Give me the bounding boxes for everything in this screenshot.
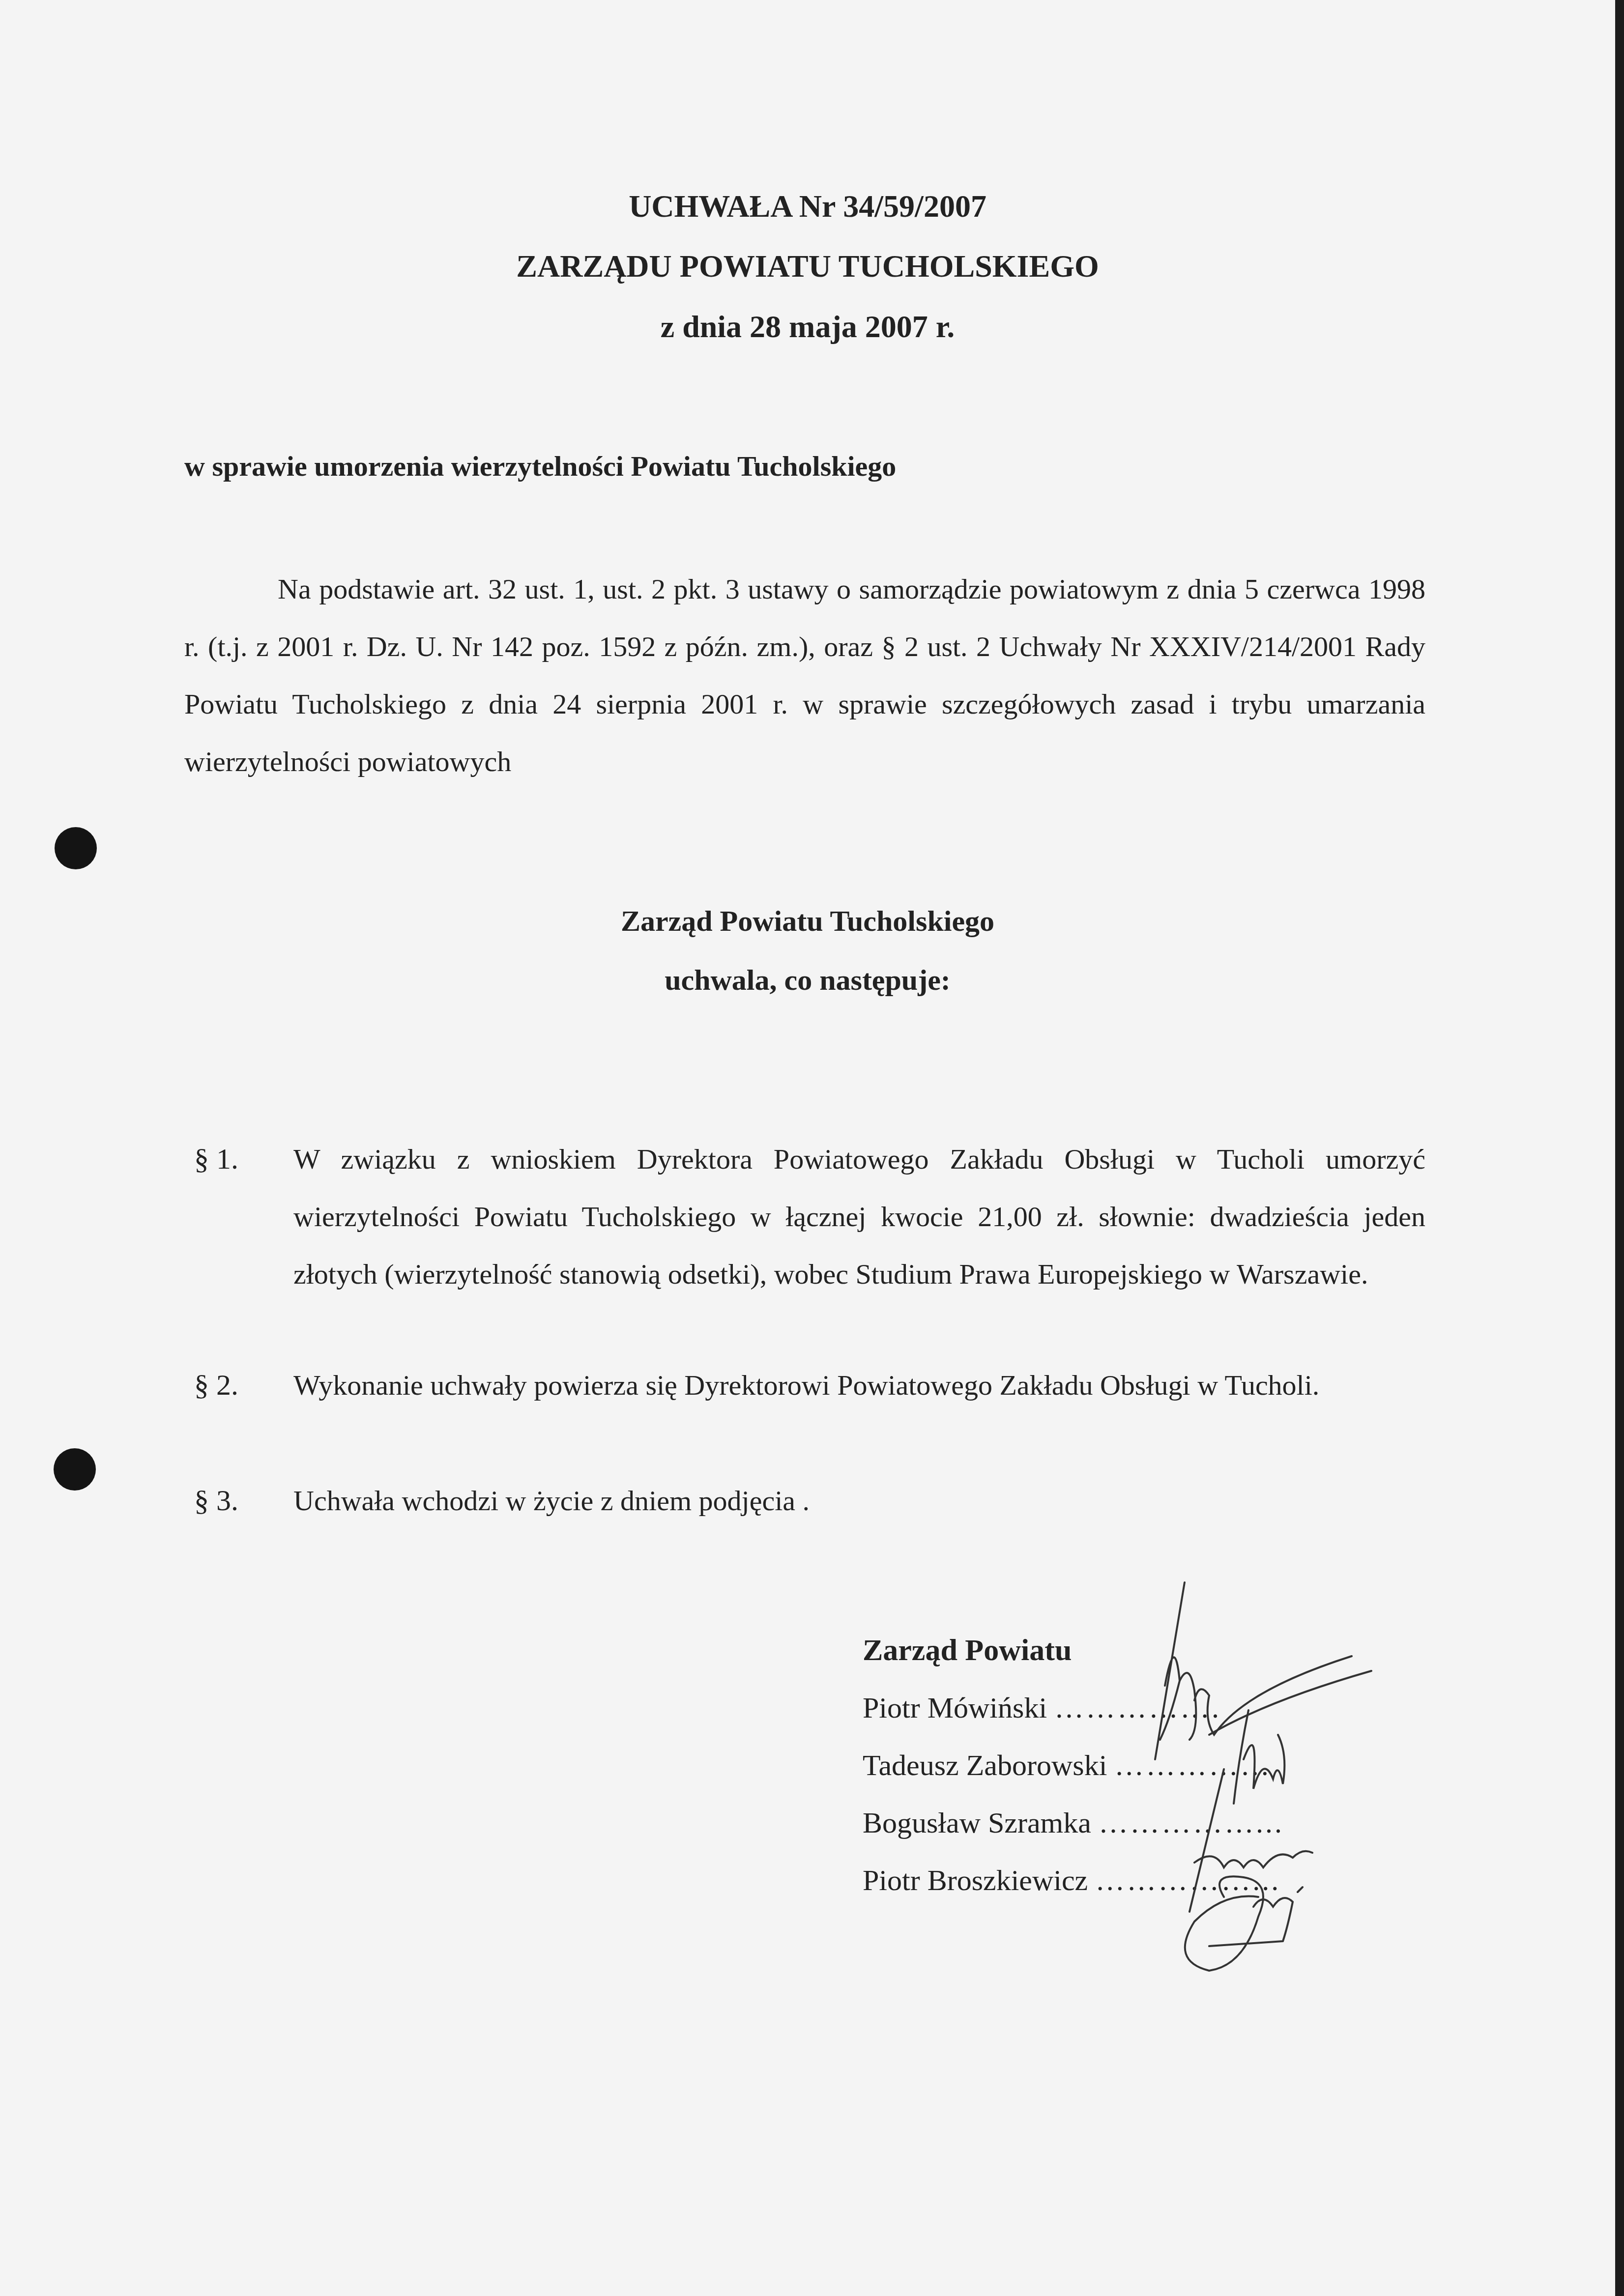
scan-edge xyxy=(1615,0,1624,2296)
signature-line: …………… xyxy=(1114,1749,1272,1781)
resolving-body: Zarząd Powiatu Tucholskiego xyxy=(0,904,1615,938)
paragraph-2: § 2. Wykonanie uchwały powierza się Dyre… xyxy=(184,1356,1425,1414)
signature-line: ……………... xyxy=(1095,1864,1280,1896)
paragraph-text: W związku z wnioskiem Dyrektora Powiatow… xyxy=(293,1130,1425,1303)
paragraph-number: § 3. xyxy=(194,1472,238,1529)
signatory-row: Piotr Mówiński ……………. xyxy=(863,1679,1284,1737)
paragraph-number: § 2. xyxy=(194,1356,238,1414)
resolution-number: UCHWAŁA Nr 34/59/2007 xyxy=(0,188,1615,225)
paragraph-text: Wykonanie uchwały powierza się Dyrektoro… xyxy=(293,1356,1425,1414)
paragraph-3: § 3. Uchwała wchodzi w życie z dniem pod… xyxy=(184,1472,1425,1529)
signature-line: ……………... xyxy=(1099,1807,1284,1839)
signature-heading: Zarząd Powiatu xyxy=(863,1622,1284,1679)
punch-hole xyxy=(54,1448,96,1491)
punch-hole xyxy=(55,827,97,869)
signatory-name: Tadeusz Zaborowski xyxy=(863,1749,1107,1781)
resolving-phrase: uchwala, co następuje: xyxy=(0,963,1615,997)
resolution-date: z dnia 28 maja 2007 r. xyxy=(0,309,1615,345)
paragraph-text: Uchwała wchodzi w życie z dniem podjęcia… xyxy=(293,1472,1425,1529)
paragraph-number: § 1. xyxy=(194,1130,238,1188)
signatory-row: Tadeusz Zaborowski …………… xyxy=(863,1737,1284,1794)
paragraph-1: § 1. W związku z wnioskiem Dyrektora Pow… xyxy=(184,1130,1425,1303)
issuing-body: ZARZĄDU POWIATU TUCHOLSKIEGO xyxy=(0,248,1615,285)
signatory-name: Bogusław Szramka xyxy=(863,1807,1091,1839)
legal-basis-text: Na podstawie art. 32 ust. 1, ust. 2 pkt.… xyxy=(184,573,1425,777)
signatory-row: Piotr Broszkiewicz ……………... xyxy=(863,1852,1284,1909)
signature-line: ……………. xyxy=(1054,1692,1221,1724)
legal-basis: Na podstawie art. 32 ust. 1, ust. 2 pkt.… xyxy=(184,560,1425,790)
signatory-name: Piotr Broszkiewicz xyxy=(863,1864,1088,1896)
signatory-row: Bogusław Szramka ……………... xyxy=(863,1794,1284,1852)
signature-block: Zarząd Powiatu Piotr Mówiński ……………. Tad… xyxy=(863,1622,1284,1909)
signatory-name: Piotr Mówiński xyxy=(863,1692,1047,1724)
resolution-subject: w sprawie umorzenia wierzytelności Powia… xyxy=(184,450,896,483)
